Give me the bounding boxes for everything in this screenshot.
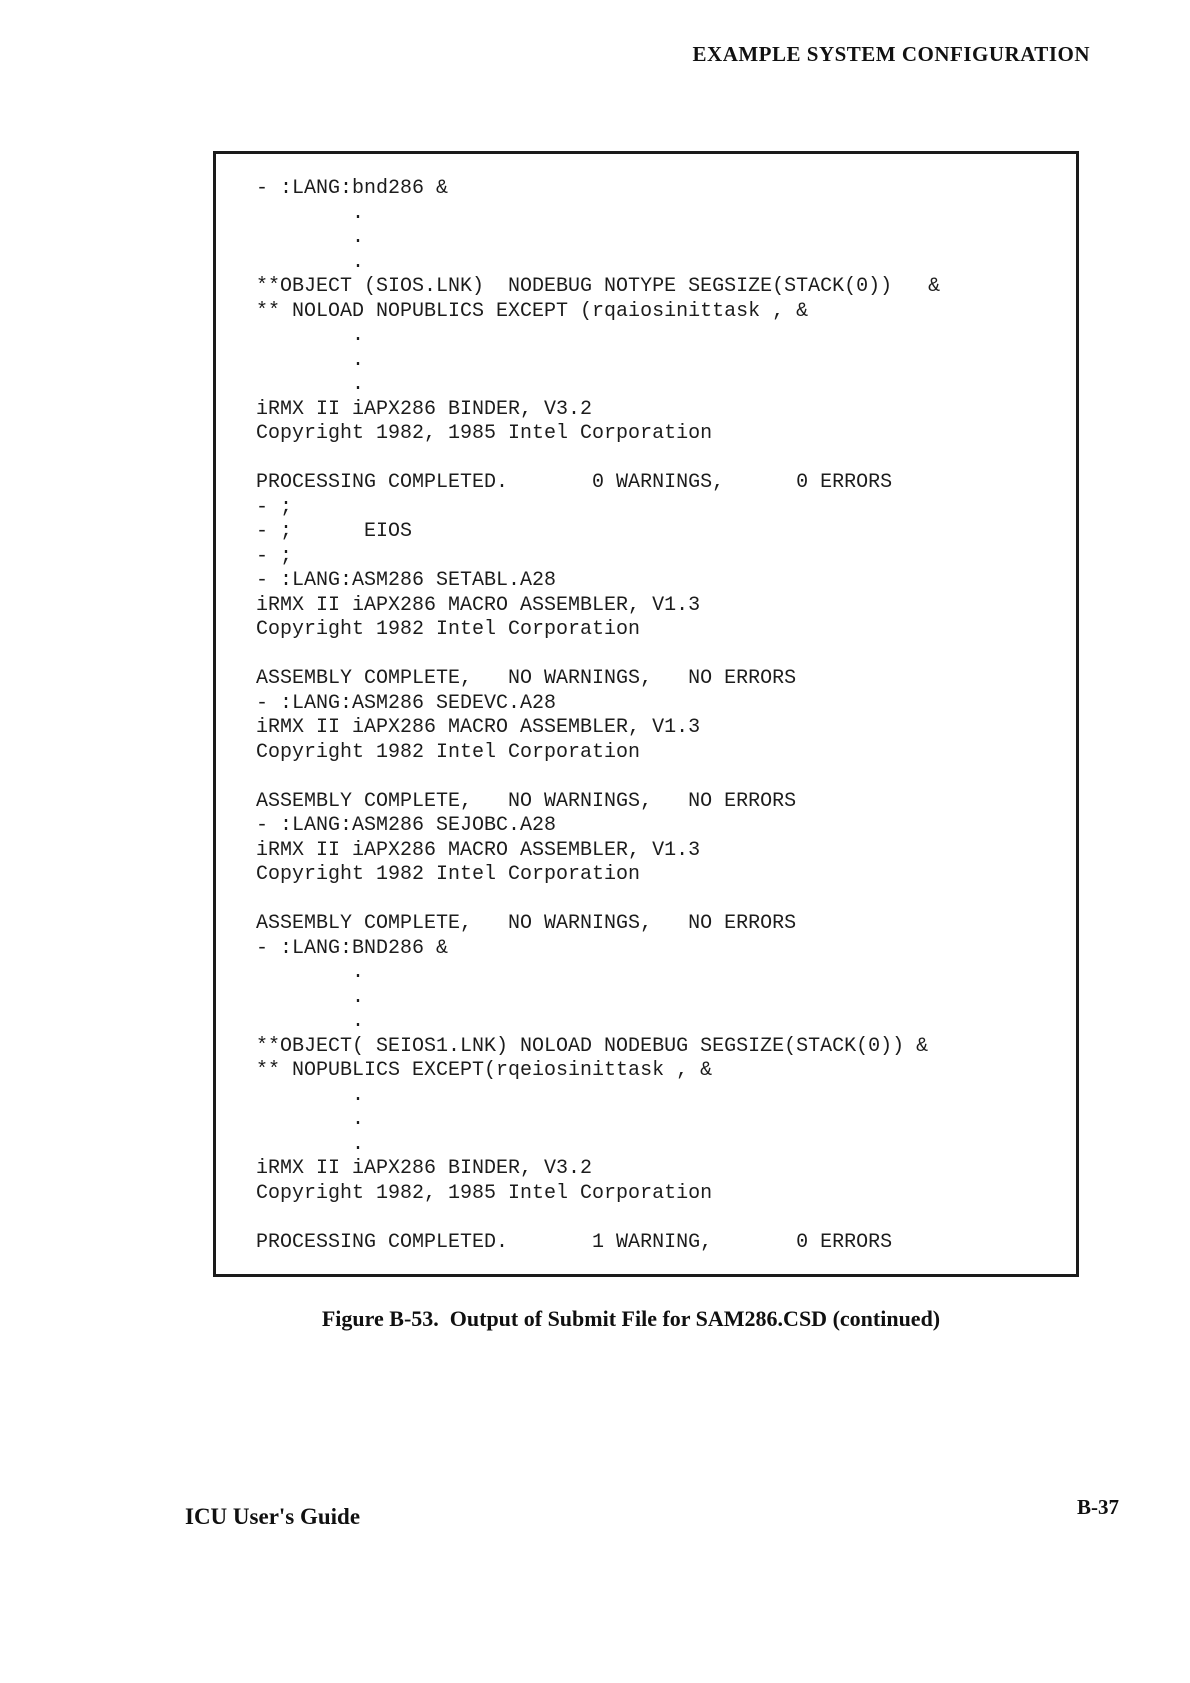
figure-caption: Figure B-53. Output of Submit File for S…	[72, 1306, 1190, 1332]
terminal-output: - :LANG:bnd286 & . . . **OBJECT (SIOS.LN…	[216, 154, 1076, 1255]
page-number: B-37	[1077, 1495, 1119, 1520]
page-header: EXAMPLE SYSTEM CONFIGURATION	[0, 42, 1090, 67]
book-title: ICU User's Guide	[185, 1504, 360, 1530]
figure-output-box: - :LANG:bnd286 & . . . **OBJECT (SIOS.LN…	[213, 151, 1079, 1277]
manual-page: EXAMPLE SYSTEM CONFIGURATION - :LANG:bnd…	[0, 0, 1190, 1683]
